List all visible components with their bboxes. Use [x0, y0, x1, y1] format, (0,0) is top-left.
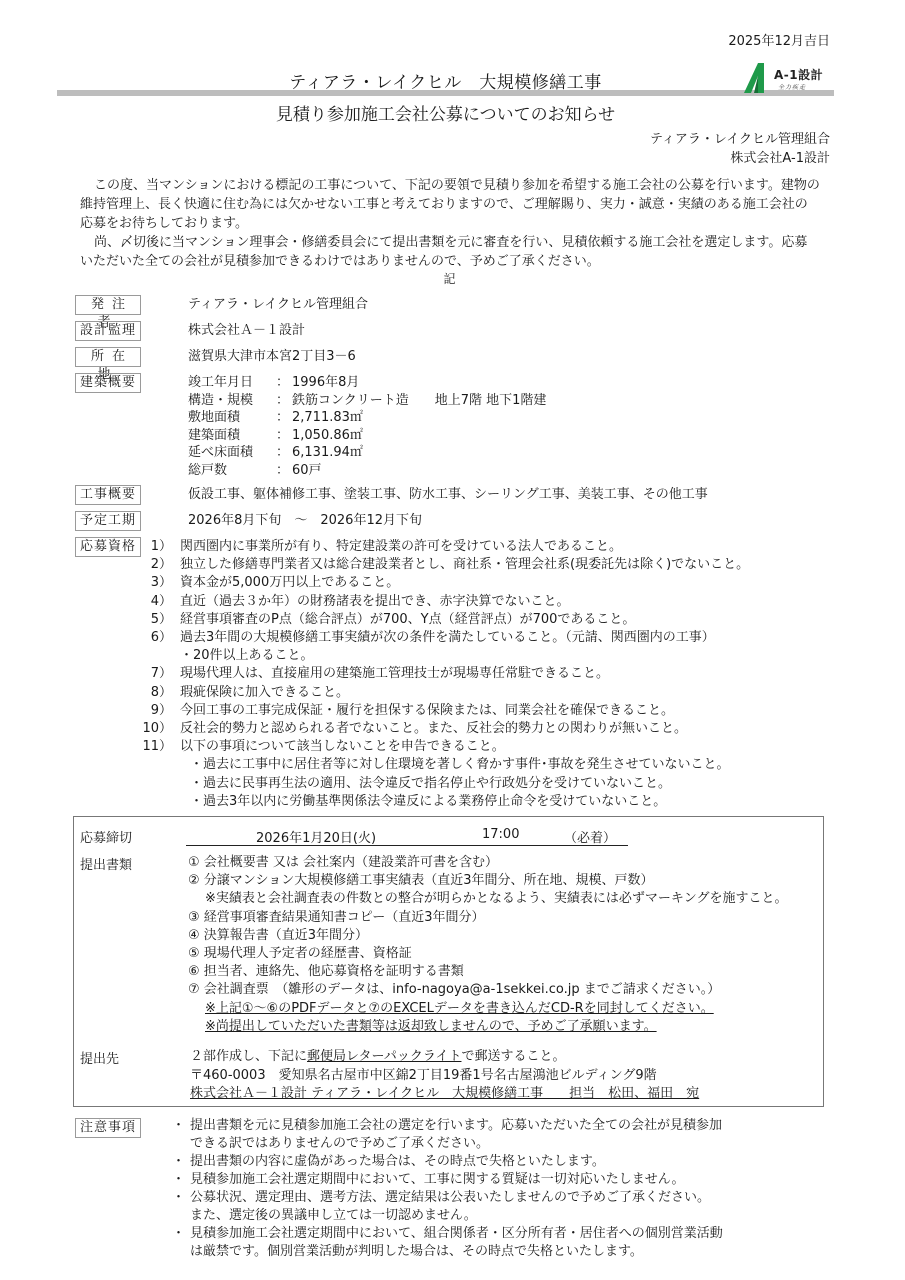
documents-list: ① 会社概要書 又は 会社案内（建設業許可書を含む） ② 分譲マンション大規模修…	[188, 854, 808, 1036]
note-item: ・提出書類の内容に虚偽があった場合は、その時点で失格といたします。	[172, 1153, 792, 1171]
ki-marker: 記	[0, 270, 905, 287]
qualification-item: 5）経営事項審査のP点（総合評点）が700、Y点（経営評点）が700であること。	[140, 611, 820, 629]
qualification-item: 7）現場代理人は、直接雇用の建築施工管理技士が現場専任常駐できること。	[140, 665, 820, 683]
client-label: 発注者	[75, 295, 141, 315]
document-item: ⑥ 担当者、連絡先、他応募資格を証明する書類	[188, 963, 808, 981]
issuer-association: ティアラ・レイクヒル管理組合	[650, 130, 830, 149]
deadline-time: 17:00	[482, 827, 519, 842]
location-value: 滋賀県大津市本宮2丁目3－6	[188, 348, 356, 366]
deadline-note: （必着）	[564, 827, 616, 846]
document-item: ③ 経営事項審査結果通知書コピー（直近3年間分）	[188, 909, 808, 927]
destination-address: 〒460-0003 愛知県名古屋市中区錦2丁目19番1号名古屋鴻池ビルディング9…	[190, 1067, 699, 1086]
qualifications-list: 1）関西圏内に事業所が有り、特定建設業の許可を受けている法人であること。 2）独…	[140, 538, 820, 811]
building-row: 敷地面積：2,711.83㎡	[188, 409, 546, 427]
note-item-cont: は厳禁です。個別営業活動が判明した場合は、その時点で失格といたします。	[172, 1243, 792, 1261]
issue-date: 2025年12月吉日	[728, 30, 830, 49]
intro-paragraph-2: 尚、〆切後に当マンション理事会・修繕委員会にて提出書類を元に審査を行い、見積依頼…	[80, 233, 820, 271]
deadline-label: 応募締切	[80, 827, 132, 846]
building-row: 総戸数：60戸	[188, 462, 546, 480]
work-label: 工事概要	[75, 485, 141, 505]
destination-block: ２部作成し、下記に郵便局レターパックライトで郵送すること。 〒460-0003 …	[190, 1048, 699, 1104]
document-subtitle: 見積り参加施工会社公募についてのお知らせ	[0, 100, 905, 125]
title-divider-bar	[57, 90, 834, 96]
submission-box: 応募締切 2026年1月20日(火) 17:00 （必着） 提出書類 ① 会社概…	[73, 816, 824, 1107]
schedule-value: 2026年8月下旬 ～ 2026年12月下旬	[188, 512, 422, 530]
schedule-label: 予定工期	[75, 511, 141, 531]
document-item: ⑤ 現場代理人予定者の経歴書、資格証	[188, 945, 808, 963]
destination-recipient: 株式会社Ａ－１設計 ティアラ・レイクヒル 大規模修繕工事 担当 松田、福田 宛	[190, 1085, 699, 1104]
note-item: ・見積参加施工会社選定期間中において、工事に関する質疑は一切対応いたしません。	[172, 1171, 792, 1189]
note-item: ・公募状況、選定理由、選考方法、選定結果は公表いたしませんので予めご了承ください…	[172, 1189, 792, 1207]
building-row: 竣工年月日：1996年8月	[188, 374, 546, 392]
qualification-subitem: ・20件以上あること。	[140, 647, 820, 665]
intro-text: この度、当マンションにおける標記の工事について、下記の要領で見積り参加を希望する…	[80, 176, 820, 271]
note-item: ・見積参加施工会社選定期間中において、組合関係者・区分所有者・居住者への個別営業…	[172, 1225, 792, 1243]
issuer-block: ティアラ・レイクヒル管理組合 株式会社A-1設計	[650, 130, 830, 168]
document-note-no-return: ※尚提出していただいた書類等は返却致しませんので、予めご了承願います。	[188, 1018, 808, 1036]
document-note: ※実績表と会社調査表の件数との整合が明らかとなるよう、実績表には必ずマーキングを…	[188, 890, 808, 908]
logo-tagline: 全力疾走	[778, 82, 806, 91]
notes-list: ・提出書類を元に見積参加施工会社の選定を行います。応募いただいた全ての会社が見積…	[172, 1117, 792, 1261]
building-overview: 竣工年月日：1996年8月 構造・規模：鉄筋コンクリート造 地上7階 地下1階建…	[188, 374, 546, 479]
destination-instruction: ２部作成し、下記に郵便局レターパックライトで郵送すること。	[190, 1048, 699, 1067]
qualification-subitem: ・過去3年以内に労働基準関係法令違反による業務停止命令を受けていないこと。	[140, 793, 820, 811]
location-label: 所在地	[75, 347, 141, 367]
logo-brand-text: A-1設計	[774, 66, 823, 83]
issuer-company: 株式会社A-1設計	[650, 149, 830, 168]
qualification-item: 3）資本金が5,000万円以上であること。	[140, 574, 820, 592]
qualification-item: 2）独立した修繕専門業者又は総合建設業者とし、商社系・管理会社系(現委託先は除く…	[140, 556, 820, 574]
document-item: ① 会社概要書 又は 会社案内（建設業許可書を含む）	[188, 854, 808, 872]
qualification-item: 10）反社会的勢力と認められる者でないこと。また、反社会的勢力との関わりが無いこ…	[140, 720, 820, 738]
qualification-item: 6）過去3年間の大規模修繕工事実績が次の条件を満たしていること。（元請、関西圏内…	[140, 629, 820, 647]
qualification-item: 8）瑕疵保険に加入できること。	[140, 684, 820, 702]
client-value: ティアラ・レイクヒル管理組合	[188, 296, 368, 314]
deadline-date: 2026年1月20日(火)	[256, 827, 376, 846]
building-row: 構造・規模：鉄筋コンクリート造 地上7階 地下1階建	[188, 392, 546, 410]
supervisor-value: 株式会社Ａ－１設計	[188, 322, 305, 340]
building-label: 建築概要	[75, 373, 141, 393]
qualification-subitem: ・過去に民事再生法の適用、法令違反で指名停止や行政処分を受けていないこと。	[140, 775, 820, 793]
qualification-item: 9）今回工事の工事完成保証・履行を担保する保険または、同業会社を確保できること。	[140, 702, 820, 720]
building-row: 建築面積：1,050.86㎡	[188, 427, 546, 445]
documents-label: 提出書類	[80, 854, 132, 873]
note-item-cont: できる訳ではありませんので予めご了承ください。	[172, 1135, 792, 1153]
note-item: ・提出書類を元に見積参加施工会社の選定を行います。応募いただいた全ての会社が見積…	[172, 1117, 792, 1135]
a1-logo-icon	[742, 62, 770, 94]
notes-label: 注意事項	[75, 1118, 141, 1138]
qualification-item: 1）関西圏内に事業所が有り、特定建設業の許可を受けている法人であること。	[140, 538, 820, 556]
note-item-cont: また、選定後の異議申し立ては一切認めません。	[172, 1207, 792, 1225]
building-row: 延べ床面積：6,131.94㎡	[188, 444, 546, 462]
intro-paragraph-1: この度、当マンションにおける標記の工事について、下記の要領で見積り参加を希望する…	[80, 176, 820, 233]
document-note-cdr: ※上記①～⑥のPDFデータと⑦のEXCELデータを書き込んだCD-Rを同封してく…	[188, 1000, 808, 1018]
supervisor-label: 設計監理	[75, 321, 141, 341]
document-item: ② 分譲マンション大規模修繕工事実績表（直近3年間分、所在地、規模、戸数）	[188, 872, 808, 890]
qualification-subitem: ・過去に工事中に居住者等に対し住環境を著しく脅かす事件･事故を発生させていないこ…	[140, 756, 820, 774]
destination-label: 提出先	[80, 1048, 119, 1067]
letterpack-text: 郵便局レターパックライト	[307, 1049, 461, 1064]
company-logo: A-1設計 全力疾走	[738, 60, 838, 98]
deadline-underline	[186, 845, 628, 846]
qualification-item: 11）以下の事項について該当しないことを申告できること。	[140, 738, 820, 756]
work-value: 仮設工事、躯体補修工事、塗装工事、防水工事、シーリング工事、美装工事、その他工事	[188, 486, 708, 504]
document-item: ④ 決算報告書（直近3年間分）	[188, 927, 808, 945]
qualifications-label: 応募資格	[75, 537, 141, 557]
qualification-item: 4）直近（過去３か年）の財務諸表を提出でき、赤字決算でないこと。	[140, 593, 820, 611]
document-item: ⑦ 会社調査票 （雛形のデータは、info-nagoya@a-1sekkei.c…	[188, 981, 808, 999]
